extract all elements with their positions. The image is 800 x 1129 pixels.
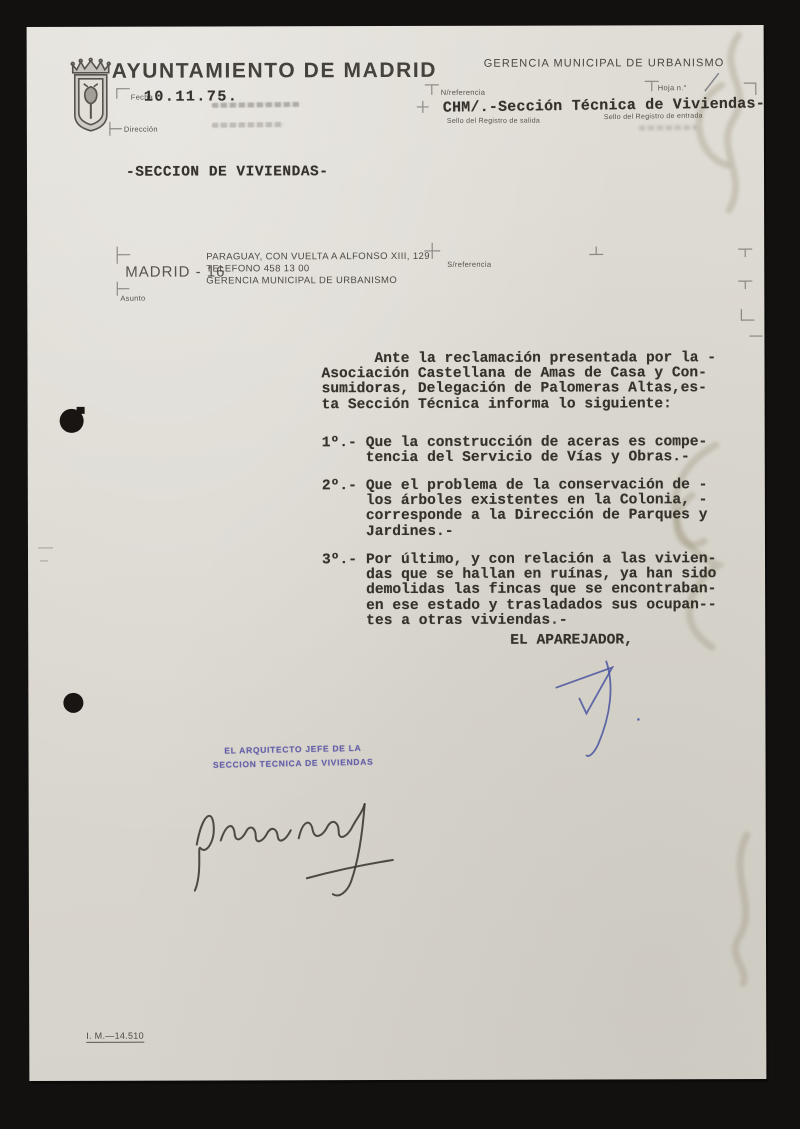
address-line: PARAGUAY, CON VUELTA A ALFONSO XIII, 129: [206, 251, 430, 264]
s-referencia-label: S/referencia: [447, 260, 491, 269]
item-text: Que el problema de la conservación de -l…: [366, 478, 708, 540]
n-referencia-label: N/referencia: [441, 88, 485, 97]
address-line: TELEFONO 458 13 00: [206, 263, 430, 276]
letter-page: AYUNTAMIENTO DE MADRID GERENCIA MUNICIPA…: [27, 25, 767, 1081]
pen-tick: [705, 73, 719, 91]
paraph-signature: [548, 653, 658, 761]
scanned-document-background: AYUNTAMIENTO DE MADRID GERENCIA MUNICIPA…: [0, 0, 800, 1129]
erased-text-smudge: [212, 122, 284, 128]
item-number: 3º.-: [322, 553, 366, 629]
madrid-coat-of-arms-logo: [67, 57, 115, 141]
punch-hole: [60, 409, 84, 433]
intro-paragraph: Ante la reclamación presentada por la -A…: [321, 351, 761, 413]
closing-title: EL APAREJADOR,: [510, 632, 633, 648]
hoja-label: Hoja n.°: [658, 83, 687, 92]
item-number: 2º.-: [322, 479, 366, 540]
item-1: 1º.- Que la construcción de aceras es co…: [322, 435, 762, 467]
office-stamp: EL ARQUITECTO JEFE DE LA SECCION TECNICA…: [200, 740, 386, 772]
sello-salida-label: Sello del Registro de salida: [447, 118, 540, 125]
form-number: I. M.—14.510: [86, 1031, 144, 1043]
org-title: AYUNTAMIENTO DE MADRID: [112, 59, 437, 84]
item-text: Por último, y con relación a las vivien-…: [366, 552, 717, 629]
item-text: Que la construcción de aceras es compe-t…: [366, 435, 708, 466]
handwritten-signature: [187, 782, 417, 903]
item-number: 1º.-: [322, 436, 366, 467]
item-3: 3º.- Por último, y con relación a las vi…: [322, 552, 762, 629]
erased-text-smudge: [212, 102, 300, 108]
registry-smudge: [639, 125, 697, 131]
section-heading: -SECCION DE VIVIENDAS-: [126, 164, 328, 181]
address-line: GERENCIA MUNICIPAL DE URBANISMO: [206, 275, 430, 288]
department-title: GERENCIA MUNICIPAL DE URBANISMO: [484, 57, 734, 70]
stamp-line-2: SECCION TECNICA DE VIVIENDAS: [201, 754, 386, 772]
direccion-label: Dirección: [124, 125, 158, 134]
sello-entrada-label: Sello del Registro de entrada: [604, 113, 703, 122]
address-lines: PARAGUAY, CON VUELTA A ALFONSO XIII, 129…: [206, 251, 430, 288]
punch-hole: [63, 693, 83, 713]
asunto-label: Asunto: [120, 294, 145, 303]
item-2: 2º.- Que el problema de la conservación …: [322, 478, 762, 540]
